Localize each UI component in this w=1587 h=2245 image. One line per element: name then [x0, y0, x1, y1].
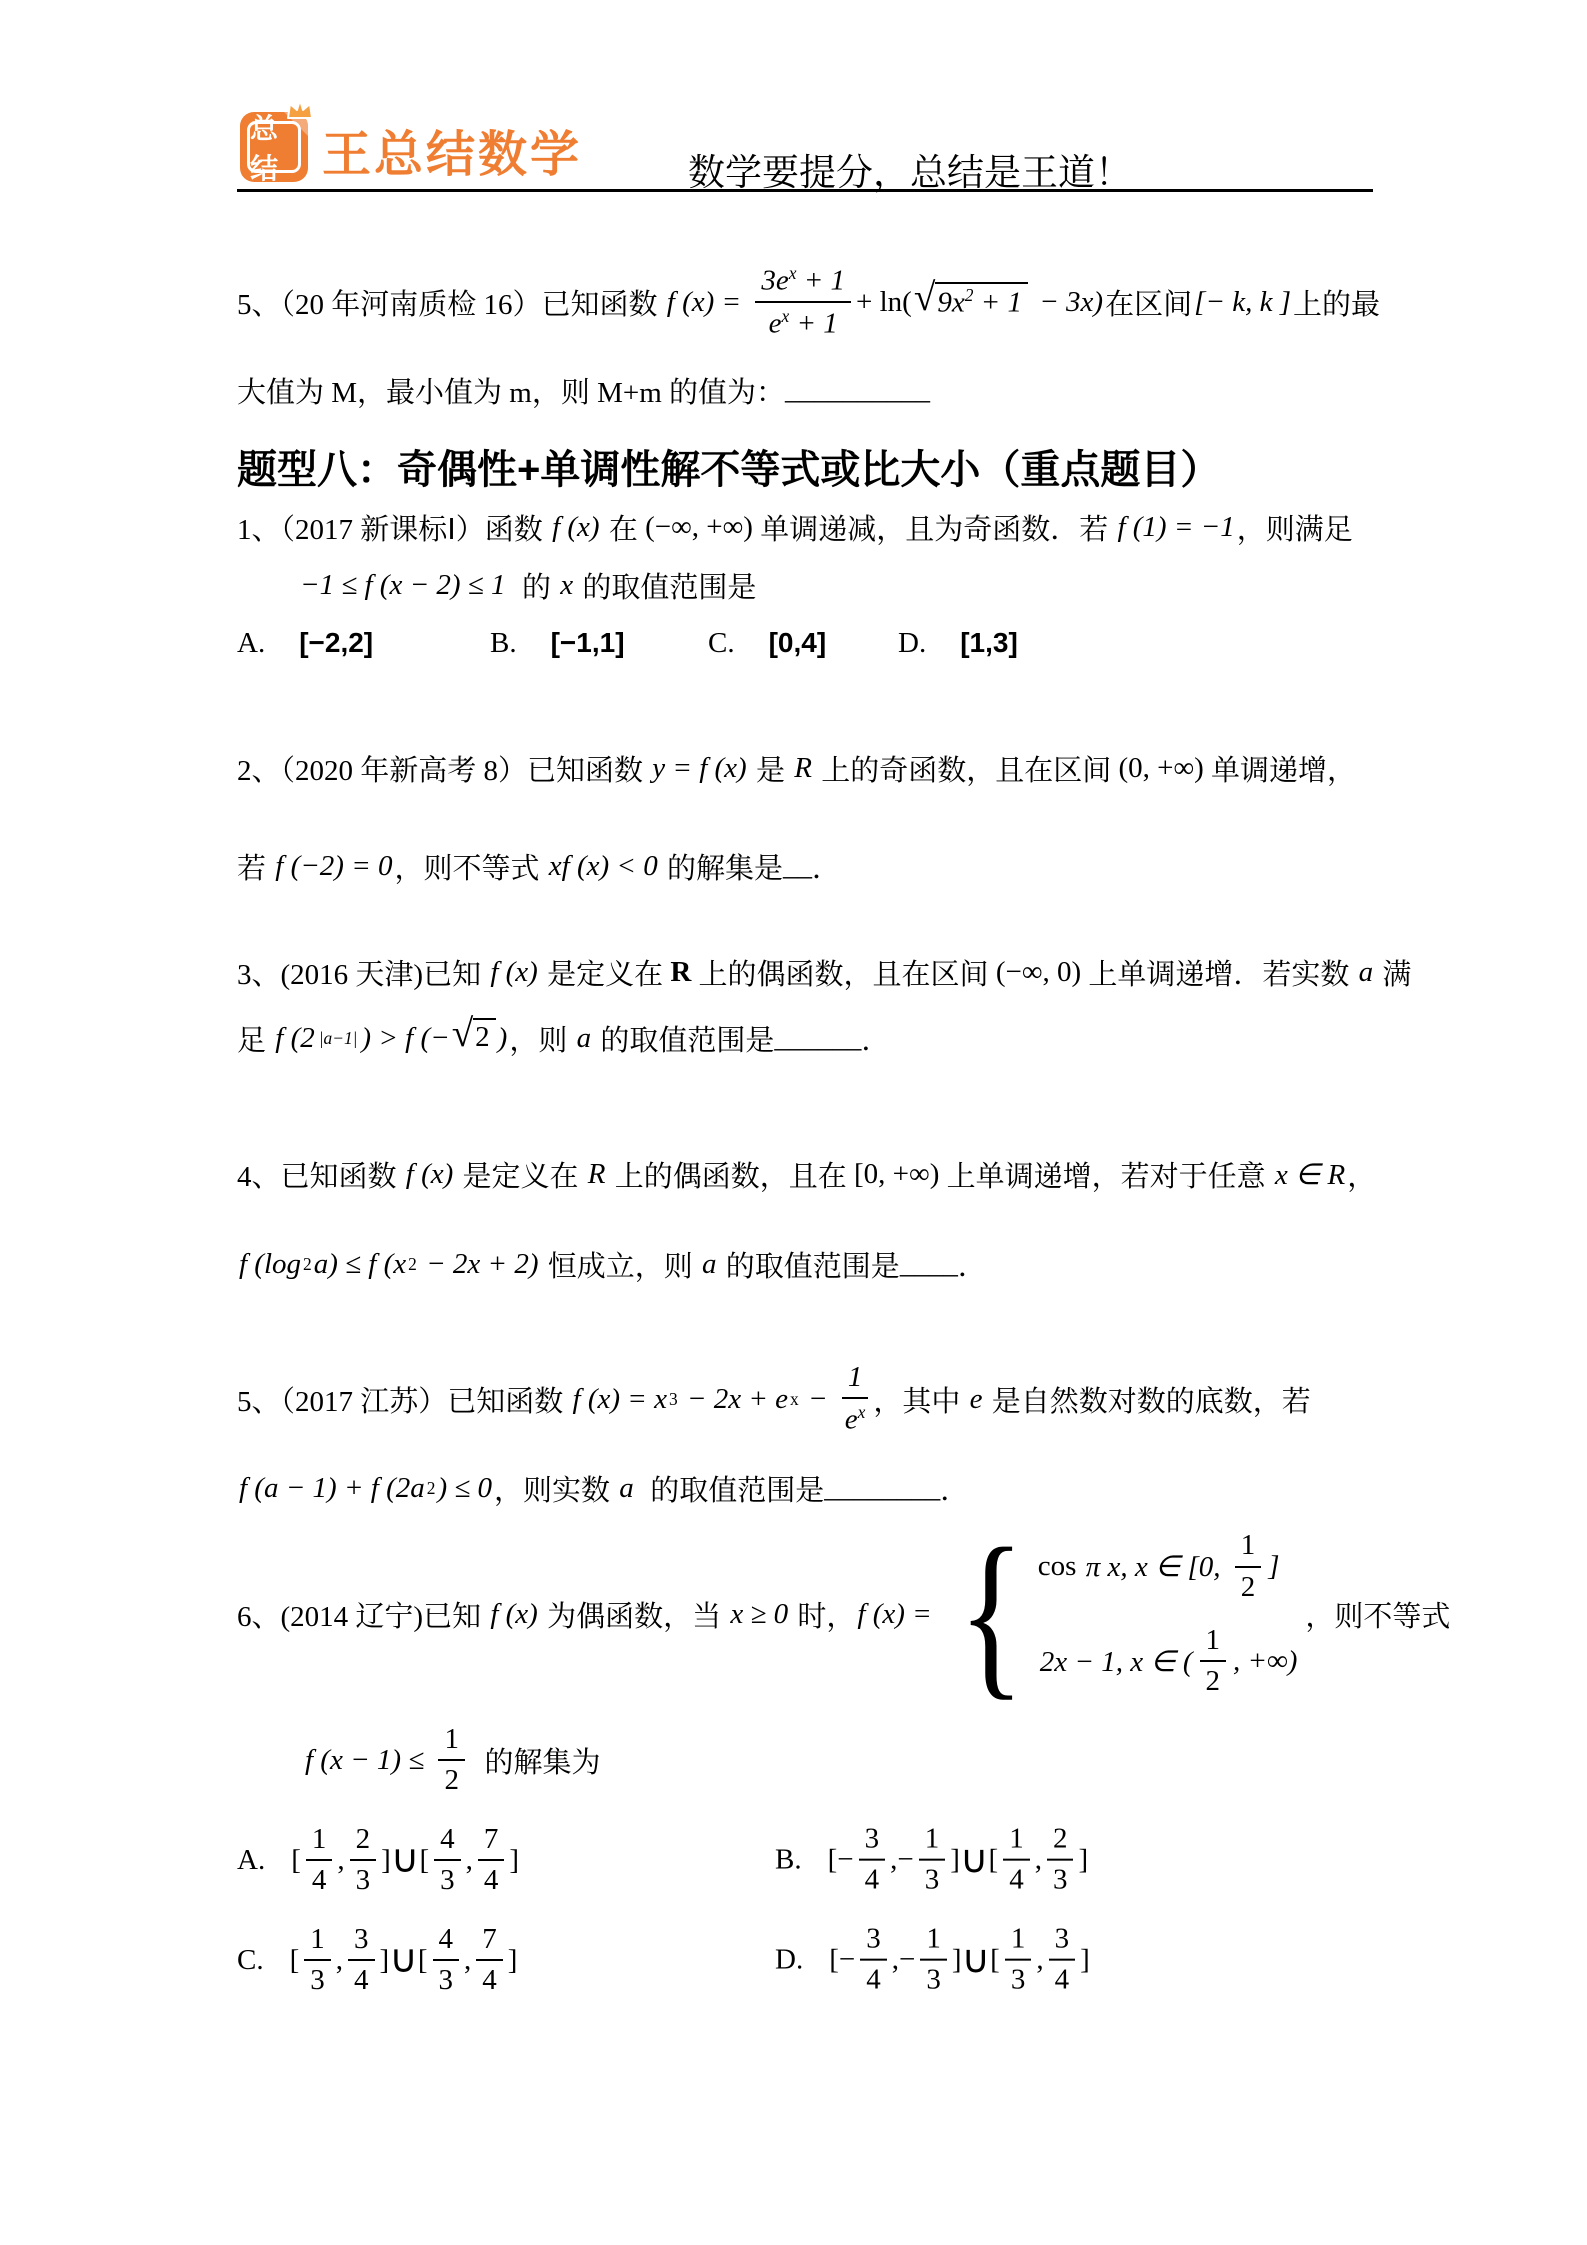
- fraction-numerator: 7: [476, 1923, 503, 1961]
- option-label: C.: [237, 1944, 264, 1977]
- fraction-numerator: 7: [478, 1823, 505, 1861]
- text-run: 1、（2017 新课标Ⅰ）函数: [237, 507, 550, 548]
- fraction-denominator: 3: [356, 1861, 371, 1897]
- radicand: 9x2 + 1: [935, 282, 1028, 320]
- text-run: 单调递减，且为奇函数．若: [753, 507, 1116, 548]
- fraction: 13: [919, 1823, 946, 1898]
- math-run: ,−: [890, 1844, 914, 1877]
- fraction-denominator: ex + 1: [769, 303, 838, 341]
- text-run: ，其中: [873, 1379, 967, 1420]
- problem-6-line1: 6、(2014 辽宁)已知 f (x) 为偶函数，当 x ≥ 0 时， f (x…: [237, 1526, 1450, 1702]
- math-run: f (2: [275, 1022, 314, 1055]
- math-run: ,−: [892, 1944, 916, 1977]
- text-run: 在: [602, 507, 646, 548]
- math-run: f (x) = x: [573, 1383, 667, 1416]
- fraction: 14: [1003, 1823, 1030, 1898]
- text-run: 上的偶函数，且在区间: [691, 952, 996, 993]
- option-label: B.: [490, 627, 517, 660]
- worksheet-page: 总结 王总结数学 数学要提分，总结是王道！ 5、（20 年河南质检 16）已知函…: [0, 0, 1587, 2245]
- math-run: 3e: [761, 265, 788, 297]
- problem-4-line1: 4、已知函数 f (x) 是定义在 R 上的偶函数，且在 [0, +∞) 上单调…: [237, 1144, 1376, 1204]
- fraction: 34: [1049, 1923, 1076, 1998]
- math-run: ]: [950, 1844, 960, 1877]
- math-run: 2x − 1, x ∈ (: [1040, 1644, 1193, 1679]
- option-item: C.[13,34]∪[43,74]: [237, 1923, 517, 1998]
- problem-henan-line1: 5、（20 年河南质检 16）已知函数 f (x) = 3ex + 1 ex +…: [237, 250, 1380, 354]
- text-run: 的取值范围是: [719, 1244, 900, 1285]
- superscript: 2: [427, 1478, 436, 1499]
- fraction: 14: [306, 1823, 333, 1898]
- fraction-numerator: 4: [434, 1823, 461, 1861]
- text-run: ，则不等式: [1305, 1594, 1450, 1635]
- problem-6-options-row2: C.[13,34]∪[43,74]D.[−34,−13]∪[13,34]: [237, 1912, 517, 2008]
- math-run: [: [290, 1944, 300, 1977]
- math-run: ,: [464, 1944, 471, 1977]
- option-value: [0,4]: [769, 627, 827, 659]
- math-run: ,: [336, 1944, 343, 1977]
- piecewise-cases: { cos π x, x ∈ [0, 1 2 ] 2x − 1, x ∈ ( 1…: [947, 1529, 1299, 1698]
- math-run: (0, +∞): [1118, 752, 1203, 785]
- fraction: 13: [304, 1923, 331, 1998]
- fraction-denominator: 3: [310, 1961, 325, 1997]
- math-run: a: [577, 1022, 592, 1055]
- math-run: f (x) =: [667, 286, 749, 319]
- fraction: 13: [920, 1923, 947, 1998]
- math-run: − 2x + 2): [419, 1248, 539, 1281]
- math-run: f (x): [490, 956, 538, 989]
- problem-6-line2: f (x − 1) ≤ 1 2 的解集为: [303, 1714, 601, 1806]
- text-run: 足: [237, 1018, 273, 1059]
- text-run: 的: [507, 565, 558, 606]
- fraction-numerator: 3: [860, 1923, 887, 1961]
- fraction: 13: [1005, 1923, 1032, 1998]
- fraction-numerator: 1: [1235, 1529, 1262, 1567]
- fraction-numerator: 1: [304, 1923, 331, 1961]
- math-run: ]: [1078, 1844, 1088, 1877]
- math-run: , +∞): [1233, 1645, 1297, 1678]
- fraction-numerator: 2: [350, 1823, 377, 1861]
- text-run: 的解集为: [470, 1740, 601, 1781]
- fraction-denominator: 4: [866, 1961, 881, 1997]
- text-run: 满: [1375, 952, 1411, 993]
- fraction-denominator: 2: [1206, 1662, 1221, 1698]
- text-run: ，: [1347, 1154, 1376, 1195]
- fraction-numerator: 3: [348, 1923, 375, 1961]
- math-run: ]: [508, 1944, 518, 1977]
- option-item: B.[−1,1]: [490, 627, 708, 660]
- section-title-text: 题型八：奇偶性+单调性解不等式或比大小（重点题目）: [237, 438, 1220, 495]
- text-run: 是定义在: [455, 1154, 586, 1195]
- fraction-denominator: 3: [439, 1961, 454, 1997]
- text-run: 的取值范围是: [575, 565, 756, 606]
- text-run: 是: [749, 748, 793, 789]
- fraction-denominator: 3: [925, 1861, 940, 1897]
- problem-4-line2: f (log2 a) ≤ f (x2 − 2x + 2) 恒成立，则 a 的取值…: [237, 1234, 987, 1294]
- cases-rows: cos π x, x ∈ [0, 1 2 ] 2x − 1, x ∈ ( 1 2…: [1038, 1529, 1300, 1698]
- math-run: f (1) = −1: [1117, 511, 1234, 544]
- math-run: a: [1359, 956, 1374, 989]
- math-run: x: [560, 569, 573, 602]
- math-run: f (x): [552, 511, 600, 544]
- math-run: ,: [337, 1844, 344, 1877]
- math-run: cos: [1038, 1550, 1084, 1583]
- math-run: y = f (x): [652, 752, 746, 785]
- text-run: 单调递增，: [1204, 748, 1356, 789]
- fraction-denominator: 3: [440, 1861, 455, 1897]
- text-run: 上的偶函数，且在: [608, 1154, 855, 1195]
- fraction-numerator: 1: [1003, 1823, 1030, 1861]
- superscript: |a−1|: [319, 1028, 358, 1049]
- fraction-numerator: 2: [1047, 1823, 1074, 1861]
- square-root: √ 2: [452, 1018, 496, 1057]
- option-item: B.[−34,−13]∪[14,23]: [775, 1823, 1088, 1898]
- math-run: [: [419, 1844, 429, 1877]
- math-run: ,: [1035, 1844, 1042, 1877]
- radical-sign: √: [914, 278, 935, 317]
- text-run: ．: [861, 1018, 890, 1059]
- fraction-denominator: 3: [1053, 1861, 1068, 1897]
- fraction: 1 2: [1235, 1529, 1262, 1604]
- math-run: ) ≤ 0: [437, 1472, 492, 1505]
- math-run: 9x: [937, 287, 964, 319]
- math-run: [0, +∞): [854, 1158, 939, 1191]
- brand-logo-badge: 总结: [240, 112, 308, 182]
- option-label: D.: [775, 1944, 803, 1977]
- math-run: [−: [829, 1944, 855, 1977]
- text-run: 大值为 M，最小值为 m，则 M+m 的值为：: [237, 370, 785, 411]
- math-run: a: [619, 1472, 634, 1505]
- math-run: f (x): [406, 1158, 454, 1191]
- math-run: e: [769, 308, 782, 340]
- math-run: e: [970, 1383, 983, 1416]
- header-tagline: 数学要提分，总结是王道！: [688, 142, 1132, 196]
- problem-2-line2: 若 f (−2) = 0 ，则不等式 xf (x) < 0 的解集是 __ ．: [237, 836, 841, 896]
- option-item: A.[−2,2]: [237, 627, 490, 660]
- union-symbol: ∪: [960, 1840, 989, 1879]
- math-run: e: [845, 1404, 858, 1436]
- math-run: (−∞, +∞): [645, 511, 753, 544]
- text-run: 2、（2020 年新高考 8）已知函数: [237, 748, 650, 789]
- option-item: A.[14,23]∪[43,74]: [237, 1823, 519, 1898]
- math-run: + 1: [973, 287, 1022, 319]
- math-run: − 3x): [1032, 286, 1103, 319]
- fraction-numerator: 1: [1005, 1923, 1032, 1961]
- fraction: 1 2: [438, 1723, 465, 1798]
- fraction: 43: [433, 1923, 460, 1998]
- fraction-denominator: 4: [354, 1961, 369, 1997]
- text-run: 6、(2014 辽宁)已知: [237, 1594, 488, 1635]
- fraction-numerator: 3: [1049, 1923, 1076, 1961]
- math-run: R: [588, 1158, 606, 1191]
- option-label: A.: [237, 1844, 265, 1877]
- math-run: + ln(: [856, 286, 912, 319]
- option-item: D.[−34,−13]∪[13,34]: [775, 1923, 1090, 1998]
- fraction-denominator: 4: [484, 1861, 499, 1897]
- fraction: 34: [859, 1823, 886, 1898]
- math-run: [: [990, 1944, 1000, 1977]
- text-run: 5、（2017 江苏）已知函数: [237, 1379, 571, 1420]
- answer-blank: ______: [774, 1022, 861, 1055]
- case-row-2: 2x − 1, x ∈ ( 1 2 , +∞): [1038, 1624, 1300, 1699]
- fraction-denominator: 4: [1055, 1961, 1070, 1997]
- math-run: −: [801, 1383, 835, 1416]
- math-run: − 2x + e: [680, 1383, 788, 1416]
- fraction-denominator: 3: [1011, 1961, 1026, 1997]
- option-label: A.: [237, 627, 265, 660]
- problem-1-options: A.[−2,2]B.[−1,1]C.[0,4]D.[1,3]: [237, 620, 1018, 666]
- fraction-numerator: 3ex + 1: [755, 263, 851, 303]
- option-item: D.[1,3]: [898, 627, 1018, 660]
- math-run: + 1: [789, 308, 838, 340]
- answer-blank: ________: [824, 1472, 940, 1505]
- radicand: 2: [473, 1018, 496, 1054]
- fraction-numerator: 1: [1200, 1624, 1227, 1662]
- text-run: 4、已知函数: [237, 1154, 404, 1195]
- math-run: ]: [952, 1944, 962, 1977]
- math-run: ,: [466, 1844, 473, 1877]
- text-run: 若: [237, 846, 273, 887]
- math-run: f (x − 1) ≤: [305, 1744, 431, 1777]
- answer-blank: ____: [900, 1248, 958, 1281]
- text-run: ．: [958, 1244, 987, 1285]
- math-run: + 1: [796, 265, 845, 297]
- math-run: a: [702, 1248, 717, 1281]
- math-run: x ∈ R: [1275, 1157, 1345, 1192]
- section-title: 题型八：奇偶性+单调性解不等式或比大小（重点题目）: [237, 438, 1220, 495]
- fraction: 1 ex: [842, 1361, 869, 1437]
- text-run: 3、(2016 天津)已知: [237, 952, 488, 993]
- text-run: 上的最: [1293, 282, 1380, 323]
- answer-blank: __: [783, 850, 812, 883]
- math-run: [: [989, 1844, 999, 1877]
- text-run: 为偶函数，当: [540, 1594, 729, 1635]
- math-run: x ≥ 0: [730, 1598, 788, 1631]
- fraction: 3ex + 1 ex + 1: [755, 263, 851, 341]
- text-run: 上的奇函数，且在区间: [814, 748, 1119, 789]
- math-run: ]: [509, 1844, 519, 1877]
- badge-text: 总结: [247, 121, 301, 173]
- problem-3-line1: 3、(2016 天津)已知 f (x) 是定义在 R 上的偶函数，且在区间 (−…: [237, 946, 1411, 998]
- fraction-denominator: 2: [444, 1761, 459, 1797]
- text-run: 是自然数对数的底数，若: [984, 1379, 1310, 1420]
- math-run: −1 ≤ f (x − 2) ≤ 1: [300, 569, 505, 602]
- fraction: 43: [434, 1823, 461, 1898]
- fraction-denominator: 4: [1009, 1861, 1024, 1897]
- option-item: C.[0,4]: [708, 627, 898, 660]
- text-run: 恒成立，则: [541, 1244, 701, 1285]
- union-symbol: ∪: [962, 1940, 991, 1979]
- text-run: ．: [940, 1468, 969, 1509]
- text-run: 上单调递增．若实数: [1081, 952, 1357, 993]
- subscript: 2: [303, 1254, 312, 1275]
- fraction-denominator: 4: [865, 1861, 880, 1897]
- text-run: ．: [812, 846, 841, 887]
- math-run: ,: [1036, 1944, 1043, 1977]
- math-run: π x, x ∈ [0,: [1086, 1549, 1228, 1584]
- text-run: ，则实数: [494, 1468, 617, 1509]
- option-label: D.: [898, 627, 926, 660]
- text-run: ，则满足: [1237, 507, 1353, 548]
- answer-blank: __________: [785, 374, 930, 407]
- fraction: 34: [348, 1923, 375, 1998]
- superscript: 2: [408, 1254, 417, 1275]
- option-label: B.: [775, 1844, 802, 1877]
- fraction-denominator: 4: [482, 1961, 497, 1997]
- radical-sign: √: [452, 1014, 473, 1053]
- math-run: f (x) =: [857, 1598, 939, 1631]
- text-run: 的取值范围是: [636, 1468, 825, 1509]
- math-run: [: [418, 1944, 428, 1977]
- problem-5-line2: f (a − 1) + f (2a2 ) ≤ 0 ，则实数 a 的取值范围是 _…: [237, 1460, 969, 1516]
- left-brace: {: [958, 1547, 1025, 1680]
- fraction-numerator: 1: [919, 1823, 946, 1861]
- fraction: 74: [478, 1823, 505, 1898]
- fraction-numerator: 1: [306, 1823, 333, 1861]
- option-value: [−1,1]: [551, 627, 625, 659]
- fraction-numerator: 3: [859, 1823, 886, 1861]
- problem-1-line1: 1、（2017 新课标Ⅰ）函数 f (x) 在 (−∞, +∞) 单调递减，且为…: [237, 504, 1353, 550]
- problem-3-line2: 足 f (2|a−1| ) > f (− √ 2 ) ，则 a 的取值范围是 _…: [237, 1006, 890, 1070]
- math-run: R: [794, 752, 812, 785]
- union-symbol: ∪: [391, 1840, 420, 1879]
- fraction: 74: [476, 1923, 503, 1998]
- math-run: ]: [380, 1944, 390, 1977]
- fraction-denominator: 2: [1241, 1568, 1256, 1604]
- fraction-denominator: 4: [312, 1861, 327, 1897]
- text-run: 5、（20 年河南质检 16）已知函数: [237, 282, 665, 323]
- superscript: 3: [669, 1389, 678, 1410]
- math-run: xf (x) < 0: [549, 850, 658, 883]
- case-row-1: cos π x, x ∈ [0, 1 2 ]: [1038, 1529, 1300, 1604]
- math-run: ]: [381, 1844, 391, 1877]
- text-run: 在区间: [1105, 282, 1192, 323]
- fraction-denominator: 3: [926, 1961, 941, 1997]
- text-run: 的解集是: [660, 846, 783, 887]
- square-root: √ 9x2 + 1: [914, 282, 1028, 321]
- header-rule: [237, 189, 1373, 192]
- text-run: ，则不等式: [395, 846, 547, 887]
- math-run: f (log: [239, 1248, 301, 1281]
- math-run: [− k, k ]: [1194, 286, 1291, 319]
- text-run: ，则: [509, 1018, 574, 1059]
- math-run: [−: [828, 1844, 854, 1877]
- superscript: x: [790, 1389, 799, 1410]
- brand-title: 王总结数学: [322, 116, 582, 186]
- math-run: f (a − 1) + f (2a: [239, 1472, 425, 1505]
- text-run: 的取值范围是: [593, 1018, 774, 1059]
- math-run: ]: [1080, 1944, 1090, 1977]
- fraction-numerator: 1: [842, 1361, 869, 1399]
- fraction: 23: [350, 1823, 377, 1898]
- fraction: 1 2: [1200, 1624, 1227, 1699]
- math-run: ) > f (−: [361, 1022, 449, 1055]
- fraction: 23: [1047, 1823, 1074, 1898]
- math-run: a) ≤ f (x: [314, 1248, 406, 1281]
- fraction-numerator: 1: [438, 1723, 465, 1761]
- problem-2-line1: 2、（2020 年新高考 8）已知函数 y = f (x) 是 R 上的奇函数，…: [237, 738, 1356, 798]
- problem-6-options-row1: A.[14,23]∪[43,74]B.[−34,−13]∪[14,23]: [237, 1812, 519, 1908]
- fraction-denominator: ex: [845, 1399, 866, 1437]
- option-value: [1,3]: [960, 627, 1018, 659]
- union-symbol: ∪: [389, 1940, 418, 1979]
- problem-1-line2: −1 ≤ f (x − 2) ≤ 1 的 x 的取值范围是: [298, 562, 756, 608]
- math-run: (−∞, 0): [996, 956, 1081, 989]
- fraction-numerator: 4: [433, 1923, 460, 1961]
- math-run: R: [670, 956, 691, 989]
- superscript: x: [858, 1402, 866, 1422]
- problem-5-line1: 5、（2017 江苏）已知函数 f (x) = x3 − 2x + ex − 1…: [237, 1350, 1311, 1448]
- math-run: f (−2) = 0: [275, 850, 392, 883]
- math-run: [: [291, 1844, 301, 1877]
- option-label: C.: [708, 627, 735, 660]
- text-run: 时，: [790, 1594, 855, 1635]
- fraction: 34: [860, 1923, 887, 1998]
- text-run: 上单调递增，若对于任意: [939, 1154, 1273, 1195]
- problem-henan-line2: 大值为 M，最小值为 m，则 M+m 的值为： __________: [237, 368, 930, 412]
- math-run: ]: [1268, 1550, 1279, 1583]
- text-run: 是定义在: [540, 952, 671, 993]
- math-run: ): [498, 1022, 508, 1055]
- fraction-numerator: 1: [920, 1923, 947, 1961]
- math-run: f (x): [490, 1598, 538, 1631]
- option-value: [−2,2]: [299, 627, 373, 659]
